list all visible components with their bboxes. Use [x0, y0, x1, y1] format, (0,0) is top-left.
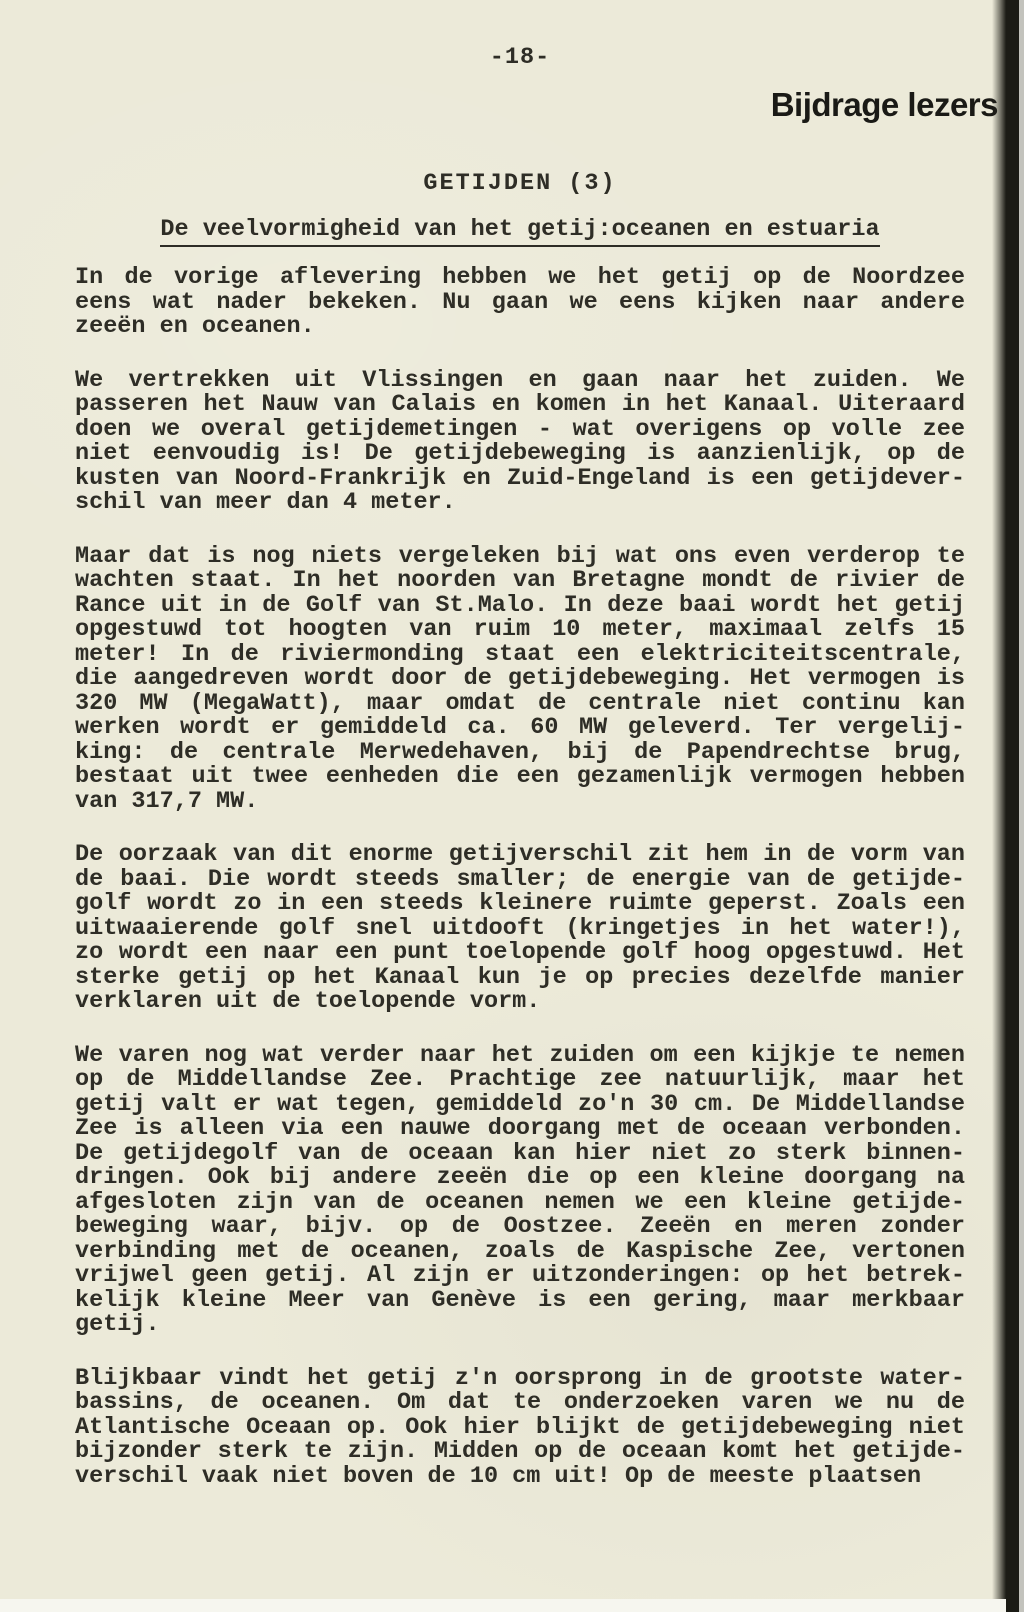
- text-line: Blijkbaar vindt het getij z'n oorsprong …: [75, 1367, 965, 1392]
- text-line: de baai. Die wordt steeds smaller; de en…: [75, 868, 965, 893]
- scan-edge-right-shadow: [992, 0, 1006, 1612]
- text-line: wachten staat. In het noorden van Bretag…: [75, 569, 965, 594]
- text-line: vrijwel geen getij. Al zijn er uitzonder…: [75, 1264, 965, 1289]
- text-line: uitwaaierende golf snel uitdooft (kringe…: [75, 917, 965, 942]
- scanned-page: -18- Bijdrage lezers GETIJDEN (3) De vee…: [0, 0, 1024, 1612]
- text-line: die aangedreven wordt door de getijdebew…: [75, 667, 965, 692]
- text-line: bestaat uit twee eenheden die een gezame…: [75, 765, 965, 790]
- article-title: GETIJDEN (3): [75, 170, 965, 197]
- text-line: van 317,7 MW.: [75, 790, 965, 815]
- text-line: We vertrekken uit Vlissingen en gaan naa…: [75, 369, 965, 394]
- text-line: bijzonder sterk te zijn. Midden op de oc…: [75, 1440, 965, 1465]
- text-line: Atlantische Oceaan op. Ook hier blijkt d…: [75, 1416, 965, 1441]
- article-subtitle: De veelvormigheid van het getij:oceanen …: [75, 216, 965, 243]
- text-line: afgesloten zijn van de oceanen nemen we …: [75, 1191, 965, 1216]
- text-line: We varen nog wat verder naar het zuiden …: [75, 1044, 965, 1069]
- text-line: getij.: [75, 1313, 965, 1338]
- text-line: bassins, de oceanen. Om dat te onderzoek…: [75, 1391, 965, 1416]
- article-subtitle-text: De veelvormigheid van het getij:oceanen …: [160, 216, 879, 247]
- text-line: De getijdegolf van de oceaan kan hier ni…: [75, 1142, 965, 1167]
- text-line: De oorzaak van dit enorme getijverschil …: [75, 843, 965, 868]
- paragraph: De oorzaak van dit enorme getijverschil …: [75, 843, 965, 1015]
- paragraph: Maar dat is nog niets vergeleken bij wat…: [75, 545, 965, 815]
- text-line: king: de centrale Merwedehaven, bij de P…: [75, 741, 965, 766]
- paragraph: In de vorige aflevering hebben we het ge…: [75, 266, 965, 340]
- text-line: Maar dat is nog niets vergeleken bij wat…: [75, 545, 965, 570]
- article-body: In de vorige aflevering hebben we het ge…: [75, 266, 965, 1518]
- text-line: Zee is alleen via een nauwe doorgang met…: [75, 1117, 965, 1142]
- section-label: Bijdrage lezers: [771, 86, 998, 124]
- text-line: In de vorige aflevering hebben we het ge…: [75, 266, 965, 291]
- text-line: dringen. Ook bij andere zeeën die op een…: [75, 1166, 965, 1191]
- text-line: kusten van Noord-Frankrijk en Zuid-Engel…: [75, 467, 965, 492]
- text-line: doen we overal getijdemetingen - wat ove…: [75, 418, 965, 443]
- text-line: sterke getij op het Kanaal kun je op pre…: [75, 966, 965, 991]
- text-line: werken wordt er gemiddeld ca. 60 MW gele…: [75, 716, 965, 741]
- text-line: verbinding met de oceanen, zoals de Kasp…: [75, 1240, 965, 1265]
- text-line: opgestuwd tot hoogten van ruim 10 meter,…: [75, 618, 965, 643]
- text-line: kelijk kleine Meer van Genève is een ger…: [75, 1289, 965, 1314]
- text-line: 320 MW (MegaWatt), maar omdat de central…: [75, 692, 965, 717]
- text-line: niet eenvoudig is! De getijdebeweging is…: [75, 442, 965, 467]
- scan-edge-right-outer: [1019, 0, 1024, 1612]
- text-line: verschil vaak niet boven de 10 cm uit! O…: [75, 1465, 965, 1490]
- scan-edge-bottom: [0, 1599, 1006, 1612]
- text-line: meter! In de riviermonding staat een ele…: [75, 643, 965, 668]
- paragraph: We varen nog wat verder naar het zuiden …: [75, 1044, 965, 1338]
- text-line: zo wordt een naar een punt toelopende go…: [75, 941, 965, 966]
- text-line: passeren het Nauw van Calais en komen in…: [75, 393, 965, 418]
- text-line: beweging waar, bijv. op de Oostzee. Zeeë…: [75, 1215, 965, 1240]
- page-number: -18-: [75, 44, 965, 71]
- paragraph: Blijkbaar vindt het getij z'n oorsprong …: [75, 1367, 965, 1490]
- paragraph: We vertrekken uit Vlissingen en gaan naa…: [75, 369, 965, 516]
- text-line: verklaren uit de toelopende vorm.: [75, 990, 965, 1015]
- text-line: eens wat nader bekeken. Nu gaan we eens …: [75, 291, 965, 316]
- text-line: op de Middellandse Zee. Prachtige zee na…: [75, 1068, 965, 1093]
- text-line: getij valt er wat tegen, gemiddeld zo'n …: [75, 1093, 965, 1118]
- scan-edge-right: [1006, 0, 1019, 1612]
- text-line: Rance uit in de Golf van St.Malo. In dez…: [75, 594, 965, 619]
- text-line: zeeën en oceanen.: [75, 315, 965, 340]
- text-line: golf wordt zo in een steeds kleinere rui…: [75, 892, 965, 917]
- text-line: schil van meer dan 4 meter.: [75, 491, 965, 516]
